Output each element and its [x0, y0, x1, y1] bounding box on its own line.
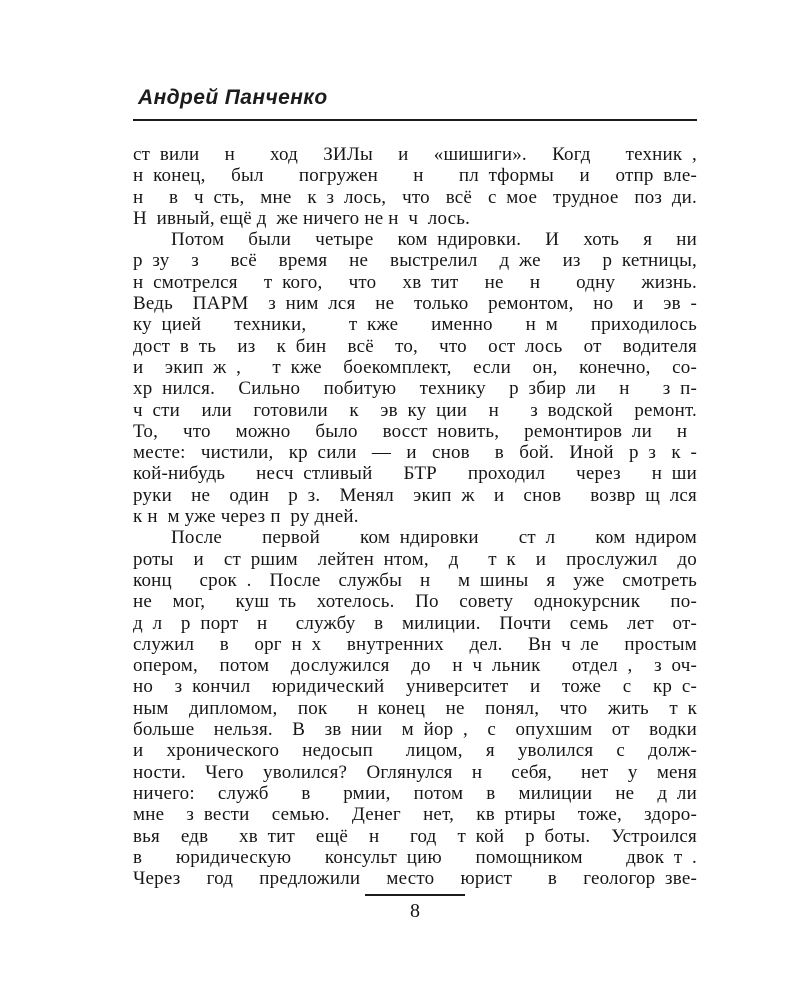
text-line: После первой ком ндировки ст л ком ндиро… — [133, 527, 697, 548]
header-rule — [133, 119, 697, 121]
text-line: р зу з всё время не выстрелил д же из р … — [133, 250, 697, 271]
text-line: ч сти или готовили к эв ку ции н з водск… — [133, 400, 697, 421]
text-line: мне з вести семью. Денег нет, кв ртиры т… — [133, 804, 697, 825]
text-line: и хронического недосып лицом, я уволился… — [133, 740, 697, 761]
text-line: но з кончил юридический университет и то… — [133, 676, 697, 697]
author-name: Андрей Панченко — [133, 86, 697, 110]
page-content: Андрей Панченко ст вили н ход ЗИЛы и «ши… — [133, 0, 697, 889]
text-line: опером, потом дослужился до н ч льник от… — [133, 655, 697, 676]
text-line: ку цией техники, т кже именно н м приход… — [133, 314, 697, 335]
text-line: к н м уже через п ру дней. — [133, 506, 697, 527]
text-line: ничего: служб в рмии, потом в милиции не… — [133, 783, 697, 804]
text-line: руки не один р з. Менял экип ж и снов во… — [133, 485, 697, 506]
text-line: конц срок . После службы н м шины я уже … — [133, 570, 697, 591]
text-line: больше нельзя. В зв нии м йор , с опухши… — [133, 719, 697, 740]
text-line: н в ч сть, мне к з лось, что всё с мое т… — [133, 187, 697, 208]
body-text: ст вили н ход ЗИЛы и «шишиги». Когд техн… — [133, 144, 697, 889]
text-line: н конец, был погружен н пл тформы и отпр… — [133, 165, 697, 186]
text-line: Потом были четыре ком ндировки. И хоть я… — [133, 229, 697, 250]
book-page: Андрей Панченко ст вили н ход ЗИЛы и «ши… — [0, 0, 800, 1000]
text-line: ным дипломом, пок н конец не понял, что … — [133, 698, 697, 719]
text-line: н смотрелся т кого, что хв тит не н одну… — [133, 272, 697, 293]
text-line: ст вили н ход ЗИЛы и «шишиги». Когд техн… — [133, 144, 697, 165]
text-line: роты и ст ршим лейтен нтом, д т к и прос… — [133, 549, 697, 570]
text-line: Через год предложили место юрист в геоло… — [133, 868, 697, 889]
text-line: в юридическую консульт цию помощником дв… — [133, 847, 697, 868]
text-line: Н ивный, ещё д же ничего не н ч лось. — [133, 208, 697, 229]
page-footer: 8 — [133, 894, 697, 923]
text-line: хр нился. Сильно побитую технику р збир … — [133, 378, 697, 399]
text-line: То, что можно было восст новить, ремонти… — [133, 421, 697, 442]
text-line: вья едв хв тит ещё н год т кой р боты. У… — [133, 826, 697, 847]
text-line: не мог, куш ть хотелось. По совету однок… — [133, 591, 697, 612]
text-line: и экип ж , т кже боекомплект, если он, к… — [133, 357, 697, 378]
text-line: дост в ть из к бин всё то, что ост лось … — [133, 336, 697, 357]
page-number: 8 — [133, 900, 697, 923]
text-line: служил в орг н х внутренних дел. Вн ч ле… — [133, 634, 697, 655]
text-line: месте: чистили, кр сили — и снов в бой. … — [133, 442, 697, 463]
footer-rule — [365, 894, 465, 896]
text-line: Ведь ПАРМ з ним лся не только ремонтом, … — [133, 293, 697, 314]
text-line: д л р порт н службу в милиции. Почти сем… — [133, 613, 697, 634]
page-header: Андрей Панченко — [133, 86, 697, 121]
text-line: ности. Чего уволился? Оглянулся н себя, … — [133, 762, 697, 783]
text-line: кой-нибудь несч стливый БТР проходил чер… — [133, 463, 697, 484]
